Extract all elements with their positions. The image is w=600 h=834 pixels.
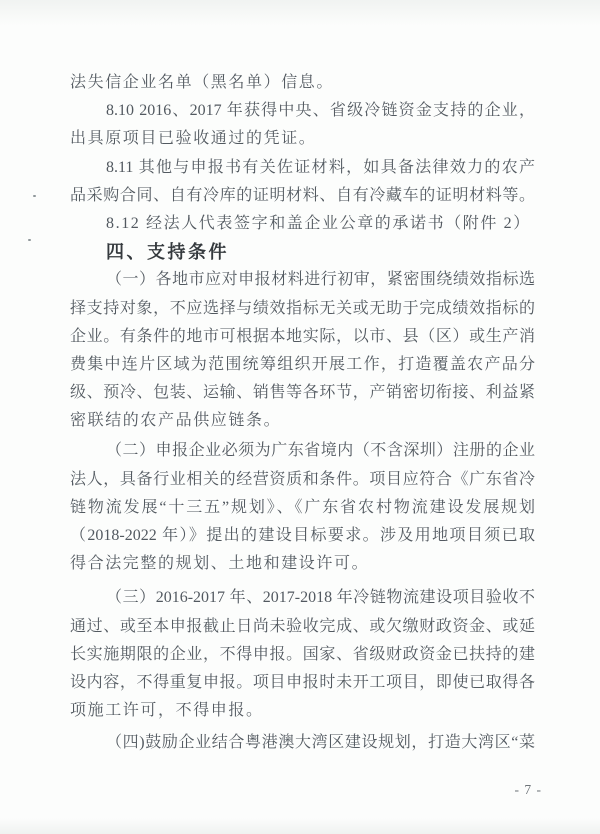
text-line: 得合法完整的规划、土地和建设许可。 <box>70 550 535 578</box>
text-line: 企业。有条件的地市可根据本地实际，以市、县（区）或生产消 <box>70 323 535 351</box>
text-line: 费集中连片区域为范围统筹组织开展工作，打造覆盖农产品分 <box>70 351 535 379</box>
scanned-document-page: 法失信企业名单（黑名单）信息。8.10 2016、2017 年获得中央、省级冷链… <box>0 0 600 834</box>
text-line: 择支持对象，不应选择与绩效指标无关或无助于完成绩效指标的 <box>70 295 535 323</box>
page-number: - 7 - <box>515 782 543 798</box>
document-body: 法失信企业名单（黑名单）信息。8.10 2016、2017 年获得中央、省级冷链… <box>70 69 535 758</box>
text-line: 长实施期限的企业，不得申报。国家、省级财政资金已扶持的建 <box>70 641 535 669</box>
text-line: 密联结的农产品供应链条。 <box>70 407 535 435</box>
text-line: 项施工许可，不得申报。 <box>70 697 535 725</box>
text-line: （四)鼓励企业结合粤港澳大湾区建设规划，打造大湾区“菜 <box>70 729 535 757</box>
text-line: （二）申报企业必须为广东省境内（不含深圳）注册的企业 <box>70 437 535 465</box>
text-line: （一）各地市应对申报材料进行初审，紧密围绕绩效指标选 <box>70 266 535 294</box>
scan-speck <box>33 195 36 197</box>
section-heading: 四、支持条件 <box>70 238 535 266</box>
text-line: 品采购合同、自有冷库的证明材料、自有冷藏车的证明材料等。 <box>70 182 535 210</box>
text-line: 级、预冷、包装、运输、销售等各环节，产销密切衔接、利益紧 <box>70 379 535 407</box>
scan-speck <box>28 239 31 241</box>
text-line: 出具原项目已验收通过的凭证。 <box>70 125 535 153</box>
text-line: 8.11 其他与申报书有关佐证材料，如具备法律效力的农产 <box>70 154 535 182</box>
text-line: （三）2016-2017 年、2017-2018 年冷链物流建设项目验收不 <box>70 584 535 612</box>
text-line: 法人，具备行业相关的经营资质和条件。项目应符合《广东省冷 <box>70 466 535 494</box>
text-line: 法失信企业名单（黑名单）信息。 <box>70 69 535 97</box>
text-line: 设内容，不得重复申报。项目申报时未开工项目，即使已取得各 <box>70 669 535 697</box>
text-line: 8.10 2016、2017 年获得中央、省级冷链资金支持的企业， <box>70 97 535 125</box>
text-line: 通过、或至本申报截止日尚未验收完成、或欠缴财政资金、或延 <box>70 613 535 641</box>
text-line: 链物流发展“十三五”规划》、《广东省农村物流建设发展规划 <box>70 494 535 522</box>
text-line: （2018-2022 年）》提出的建设目标要求。涉及用地项目须已取 <box>70 522 535 550</box>
text-line: 8.12 经法人代表签字和盖企业公章的承诺书（附件 2） <box>70 210 535 238</box>
